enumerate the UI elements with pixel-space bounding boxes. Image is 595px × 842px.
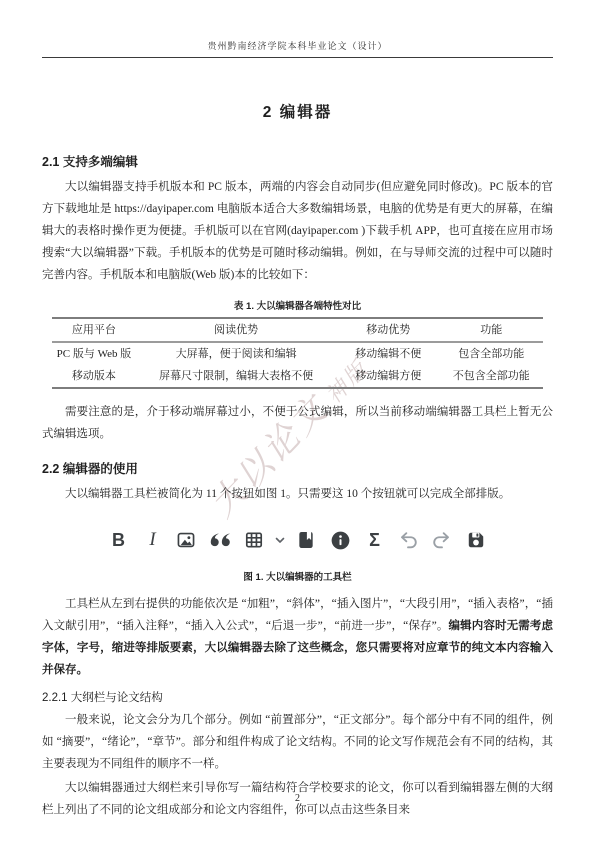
insert-table-icon [237, 523, 271, 557]
page-number: 2 [0, 793, 595, 804]
table-header-cell: 移动优势 [337, 318, 440, 342]
section-heading-2-2-1: 2.2.1 大纲栏与论文结构 [42, 689, 553, 705]
figure-caption: 图 1. 大以编辑器的工具栏 [42, 569, 553, 583]
italic-icon: I [135, 523, 169, 557]
blockquote-icon [203, 523, 237, 557]
table-row: PC 版与 Web 版 大屏幕，便于阅读和编辑 移动编辑不便 包含全部功能 [52, 342, 543, 365]
insert-citation-icon [289, 523, 323, 557]
undo-icon [391, 523, 425, 557]
section-heading-2-1: 2.1 支持多端编辑 [42, 152, 553, 170]
table-cell: 包含全部功能 [440, 342, 543, 365]
table-cell: 移动编辑方便 [337, 365, 440, 388]
redo-icon [425, 523, 459, 557]
document-page: 大以论文 神版 贵州黔南经济学院本科毕业论文（设计） 2 编辑器 2.1 支持多… [0, 0, 595, 842]
table-header-cell: 功能 [440, 318, 543, 342]
table-cell: 大屏幕，便于阅读和编辑 [136, 342, 337, 365]
paragraph: 大以编辑器支持手机版本和 PC 版本，两端的内容会自动同步(但应避免同时修改)。… [42, 176, 553, 286]
paragraph: 一般来说，论文会分为几个部分。例如 “前置部分”，“正文部分”。每个部分中有不同… [42, 709, 553, 775]
paragraph: 工具栏从左到右提供的功能依次是 “加粗”，“斜体”，“插入图片”，“大段引用”，… [42, 593, 553, 681]
insert-image-icon [169, 523, 203, 557]
toolbar-figure: B I [42, 517, 553, 583]
bold-icon: B [101, 523, 135, 557]
chevron-down-icon [271, 523, 289, 557]
table-cell: 移动版本 [52, 365, 135, 388]
header-rule [42, 57, 553, 58]
table-header-cell: 应用平台 [52, 318, 135, 342]
table-cell: 不包含全部功能 [440, 365, 543, 388]
table-cell: PC 版与 Web 版 [52, 342, 135, 365]
table-row: 移动版本 屏幕尺寸限制，编辑大表格不便 移动编辑方便 不包含全部功能 [52, 365, 543, 388]
table-header-row: 应用平台 阅读优势 移动优势 功能 [52, 318, 543, 342]
paragraph: 需要注意的是，介于移动端屏幕过小，不便于公式编辑，所以当前移动端编辑器工具栏上暂… [42, 401, 553, 445]
comparison-table: 应用平台 阅读优势 移动优势 功能 PC 版与 Web 版 大屏幕，便于阅读和编… [52, 317, 543, 389]
insert-formula-icon: Σ [357, 523, 391, 557]
save-icon [459, 523, 493, 557]
running-header: 贵州黔南经济学院本科毕业论文（设计） [42, 36, 553, 52]
paragraph: 大以编辑器工具栏被简化为 11 个按钮如图 1。只需要这 10 个按钮就可以完成… [42, 483, 553, 505]
table-caption: 表 1. 大以编辑器各端特性对比 [42, 298, 553, 312]
editor-toolbar-image: B I [62, 517, 532, 563]
table-cell: 移动编辑不便 [337, 342, 440, 365]
table-header-cell: 阅读优势 [136, 318, 337, 342]
insert-footnote-icon [323, 523, 357, 557]
table-cell: 屏幕尺寸限制，编辑大表格不便 [136, 365, 337, 388]
section-heading-2-2: 2.2 编辑器的使用 [42, 459, 553, 477]
chapter-title: 2 编辑器 [42, 100, 553, 122]
